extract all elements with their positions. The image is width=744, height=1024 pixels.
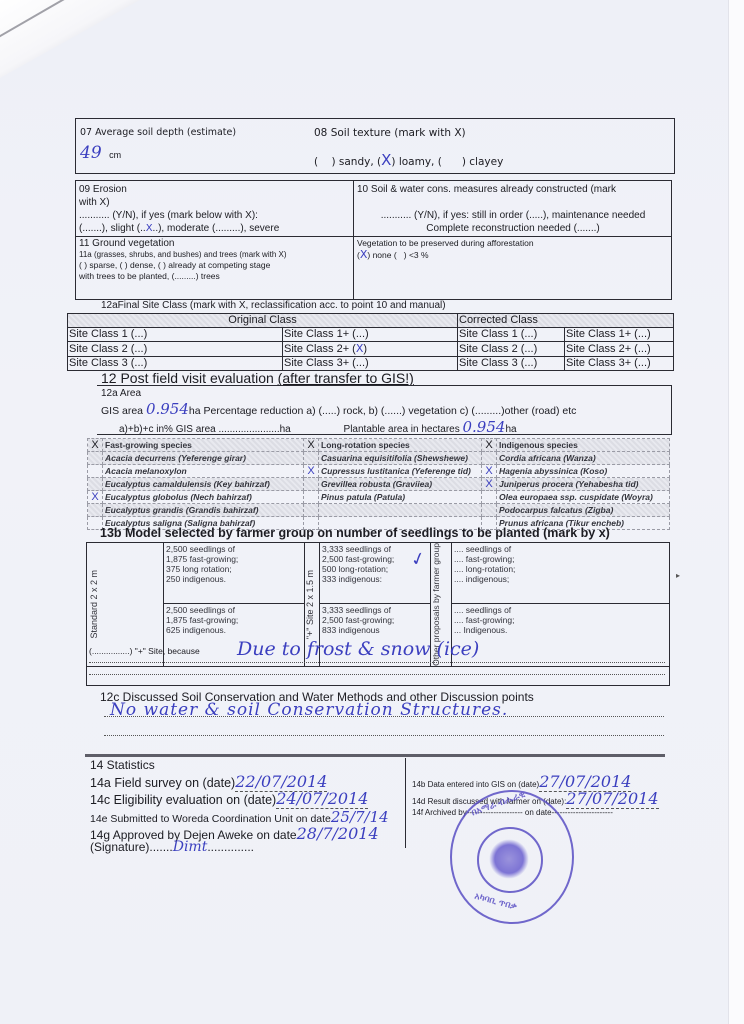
species-name: Casuarina equisitifolia (Shewshewe) — [319, 452, 482, 465]
species-checkbox[interactable] — [304, 504, 319, 517]
page-edge — [728, 0, 744, 1024]
s10-label: 10 Soil & water cons. measures already c… — [357, 183, 669, 196]
species-name: Hagenia abyssinica (Koso) — [497, 465, 670, 478]
table-row: Acacia melanoxylon X Cupressus lustitani… — [88, 465, 670, 478]
site-class-cell[interactable]: Site Class 1+ (...) — [283, 328, 458, 342]
s11-trees[interactable]: with trees to be planted, (.........) tr… — [79, 271, 351, 282]
species-checkbox[interactable] — [88, 465, 103, 478]
table-row: X Eucalyptus globolus (Nech bahirzaf) Pi… — [88, 491, 670, 504]
species-checkbox[interactable] — [482, 504, 497, 517]
plus-site-option-a[interactable]: 3,333 seedlings of2,500 fast-growing;500… — [320, 543, 431, 604]
option-sandy[interactable]: ( ) sandy, — [314, 156, 377, 168]
s08-label: 08 Soil texture (mark with X) — [314, 127, 466, 139]
option-clayey[interactable]: ( ) clayey — [438, 156, 504, 168]
species-name: Grevillea robusta (Graviiea) — [319, 478, 482, 491]
site-class-cell[interactable]: Site Class 3+ (...) — [283, 357, 458, 371]
fast-growing-header: Fast-growing species — [103, 439, 304, 452]
s14b-label: 14b Data entered into GIS on (date) — [412, 780, 539, 789]
standard-option-a[interactable]: 2,500 seedlings of1,875 fast-growing;375… — [164, 543, 305, 604]
species-checkbox[interactable] — [88, 478, 103, 491]
species-checkbox[interactable]: X — [482, 465, 497, 478]
table-row: Eucalyptus grandis (Grandis bahirzaf) Po… — [88, 504, 670, 517]
x-col-header: X — [88, 439, 103, 452]
plantable-value[interactable]: 0.954 — [463, 418, 506, 436]
species-checkbox[interactable] — [482, 452, 497, 465]
s12-title: 12 Post field visit evaluation (after tr… — [101, 370, 414, 386]
s11b-block: Vegetation to be preserved during affore… — [357, 238, 534, 261]
s09-yn[interactable]: ........... (Y/N), if yes (mark below wi… — [79, 209, 351, 222]
species-name: Acacia melanoxylon — [103, 465, 304, 478]
s10-yn[interactable]: ........... (Y/N), if yes: still in orde… — [357, 209, 669, 222]
section-07-08: 07 Average soil depth (estimate) 49 cm 0… — [75, 118, 675, 174]
species-checkbox[interactable]: X — [88, 491, 103, 504]
gis-area-line: GIS area 0.954ha Percentage reduction a)… — [101, 400, 576, 418]
checkmark-icon: ✓ — [410, 553, 427, 567]
species-name: Pinus patula (Patula) — [319, 491, 482, 504]
signature-line: (Signature).......Dimt.............. — [90, 839, 254, 855]
reason-value[interactable]: Due to frost & snow (ice) — [237, 638, 479, 660]
species-name: Olea europaea ssp. cuspidate (Woyra) — [497, 491, 670, 504]
site-class-cell[interactable]: Site Class 1 (...) — [68, 328, 283, 342]
section-09-11: 09 Erosion with X) ........... (Y/N), if… — [75, 180, 672, 300]
standard-label: Standard 2 x 2 m — [89, 570, 99, 639]
species-name: Eucalyptus grandis (Grandis bahirzaf) — [103, 504, 304, 517]
folded-corner — [0, 0, 140, 80]
plus-site-reason-box: (................) "+" Site, because Due… — [86, 638, 670, 686]
site-class-cell[interactable]: Site Class 2 (...) — [458, 342, 565, 357]
x-mark: X — [146, 223, 153, 234]
s12-title-text: 12 Post field visit evaluation — [101, 370, 278, 386]
s14f-label: 14f Archived by — [412, 808, 467, 817]
plus-site-label: "+" Site 2 x 1.5 m — [305, 570, 315, 639]
scanned-page: 07 Average soil depth (estimate) 49 cm 0… — [0, 0, 728, 1024]
s13b-title: 13b Model selected by farmer group on nu… — [100, 526, 610, 540]
plantable-line: a)+b)+c in% GIS area ...................… — [119, 418, 517, 436]
species-checkbox[interactable]: X — [482, 478, 497, 491]
site-class-table: Original Class Corrected Class Site Clas… — [67, 313, 674, 371]
species-name: Podocarpus falcatus (Zigba) — [497, 504, 670, 517]
s08-options: ( ) sandy, (X) loamy, ( ) clayey — [314, 151, 503, 169]
s07-unit: cm — [109, 150, 121, 160]
species-checkbox[interactable] — [88, 452, 103, 465]
table-row: Site Class 1 (...) Site Class 1+ (...) S… — [68, 328, 674, 342]
species-checkbox[interactable] — [304, 452, 319, 465]
species-name: Acacia decurrens (Yeferenge girar) — [103, 452, 304, 465]
site-class-cell[interactable]: Site Class 1+ (...) — [565, 328, 674, 342]
gis-area-label: GIS area — [101, 405, 143, 417]
s10-block: 10 Soil & water cons. measures already c… — [357, 183, 669, 235]
reduction-percent-field[interactable]: a)+b)+c in% GIS area ...................… — [119, 424, 291, 435]
table-row: Acacia decurrens (Yeferenge girar) Casua… — [88, 452, 670, 465]
plantable-label: Plantable area in hectares — [344, 424, 460, 435]
long-rotation-header: Long-rotation species — [319, 439, 482, 452]
indigenous-header: Indigenous species — [497, 439, 670, 452]
other-option-a[interactable]: .... seedlings of.... fast-growing;.... … — [452, 543, 670, 604]
site-class-cell[interactable]: Site Class 3 (...) — [458, 357, 565, 371]
signature-value[interactable]: Dimt — [173, 839, 208, 855]
s12a-area-box: 12a Area GIS area 0.954ha Percentage red… — [97, 385, 672, 435]
species-checkbox[interactable] — [304, 478, 319, 491]
species-checkbox[interactable] — [88, 504, 103, 517]
site-class-cell-selected[interactable]: Site Class 2+ (X) — [283, 342, 458, 357]
s14-title: 14 Statistics — [90, 758, 155, 772]
gis-area-value[interactable]: 0.954 — [146, 400, 189, 418]
s07-value: 49 — [80, 143, 102, 163]
s07-value-field[interactable]: 49 cm — [80, 143, 121, 163]
table-row: Eucalyptus camaldulensis (Key bahirzaf) … — [88, 478, 670, 491]
s14a-label: 14a Field survey on (date) — [90, 776, 235, 790]
table-row: Site Class 2 (...) Site Class 2+ (X) Sit… — [68, 342, 674, 357]
s14c-value[interactable]: 24/07/2014 — [276, 789, 368, 809]
s11-density[interactable]: ( ) sparse, ( ) dense, ( ) already at co… — [79, 260, 351, 271]
s11-line1: 11a (grasses, shrubs, and bushes) and tr… — [79, 249, 351, 260]
species-name — [319, 504, 482, 517]
x-mark: X — [356, 342, 364, 355]
site-class-cell[interactable]: Site Class 3+ (...) — [565, 357, 674, 371]
option-loamy[interactable]: (X) loamy, — [377, 156, 438, 168]
s11-label: 11 Ground vegetation — [79, 238, 351, 249]
site-class-cell[interactable]: Site Class 3 (...) — [68, 357, 283, 371]
s11b-label: Vegetation to be preserved during affore… — [357, 238, 534, 248]
plantable-unit: ha — [505, 424, 516, 435]
s11-block: 11 Ground vegetation 11a (grasses, shrub… — [79, 238, 351, 282]
site-class-cell[interactable]: Site Class 2+ (...) — [565, 342, 674, 357]
s12a-label: 12a Area — [101, 388, 141, 399]
original-class-header: Original Class — [68, 314, 458, 328]
s14c-label: 14c Eligibility evaluation on (date) — [90, 793, 276, 807]
stamp-text-bottom: አካባቢ ጥበቃ — [473, 891, 518, 913]
x-mark: X — [360, 248, 368, 261]
s11b-options[interactable]: (X) none ( ) <3 % — [357, 248, 534, 261]
official-stamp: በአማራ ብሔራዊ አካባቢ ጥበቃ — [450, 790, 574, 924]
signature-label: (Signature) — [90, 840, 149, 854]
x-mark: X — [381, 151, 391, 169]
species-checkbox[interactable] — [482, 491, 497, 504]
species-name: Eucalyptus globolus (Nech bahirzaf) — [103, 491, 304, 504]
species-table: X Fast-growing species X Long-rotation s… — [87, 438, 670, 530]
s09-label2: with X) — [79, 196, 351, 209]
s12c-value[interactable]: No water & soil Conservation Structures. — [110, 700, 508, 720]
s10-reconstruction[interactable]: Complete reconstruction needed (.......) — [357, 222, 669, 235]
divider — [85, 754, 665, 757]
s14g-value[interactable]: 28/7/2014 — [297, 824, 379, 843]
gis-area-suffix: ha Percentage reduction a) (.....) rock,… — [189, 405, 577, 417]
site-class-title: 12aFinal Site Class (mark with X, reclas… — [101, 300, 446, 311]
species-checkbox[interactable]: X — [304, 465, 319, 478]
corrected-class-header: Corrected Class — [458, 314, 674, 328]
reason-label: (................) "+" Site, because — [89, 646, 200, 656]
s07-label: 07 Average soil depth (estimate) — [80, 127, 236, 138]
x-col-header: X — [482, 439, 497, 452]
species-name: Cupressus lustitanica (Yeferenge tid) — [319, 465, 482, 478]
table-row: Site Class 3 (...) Site Class 3+ (...) S… — [68, 357, 674, 371]
s14c-line: 14c Eligibility evaluation on (date)24/0… — [90, 789, 368, 808]
species-header-row: X Fast-growing species X Long-rotation s… — [88, 439, 670, 452]
species-name: Cordia africana (Wanza) — [497, 452, 670, 465]
species-name: Juniperus procera (Yehabesha tid) — [497, 478, 670, 491]
x-col-header: X — [304, 439, 319, 452]
stamp-emblem — [477, 827, 543, 893]
site-class-cell[interactable]: Site Class 1 (...) — [458, 328, 565, 342]
s09-label: 09 Erosion — [79, 183, 351, 196]
scan-mark: ▸ — [676, 571, 680, 580]
site-class-cell[interactable]: Site Class 2 (...) — [68, 342, 283, 357]
s12-title-underlined: (after transfer to GIS!) — [278, 370, 414, 386]
table-row: Standard 2 x 2 m 2,500 seedlings of1,875… — [87, 543, 670, 604]
s14d-value[interactable]: 27/07/2014 — [566, 789, 658, 809]
species-checkbox[interactable] — [304, 491, 319, 504]
s09-block: 09 Erosion with X) ........... (Y/N), if… — [79, 183, 351, 235]
s09-severity[interactable]: (.......), slight (..X..), moderate (...… — [79, 222, 351, 235]
species-name: Eucalyptus camaldulensis (Key bahirzaf) — [103, 478, 304, 491]
